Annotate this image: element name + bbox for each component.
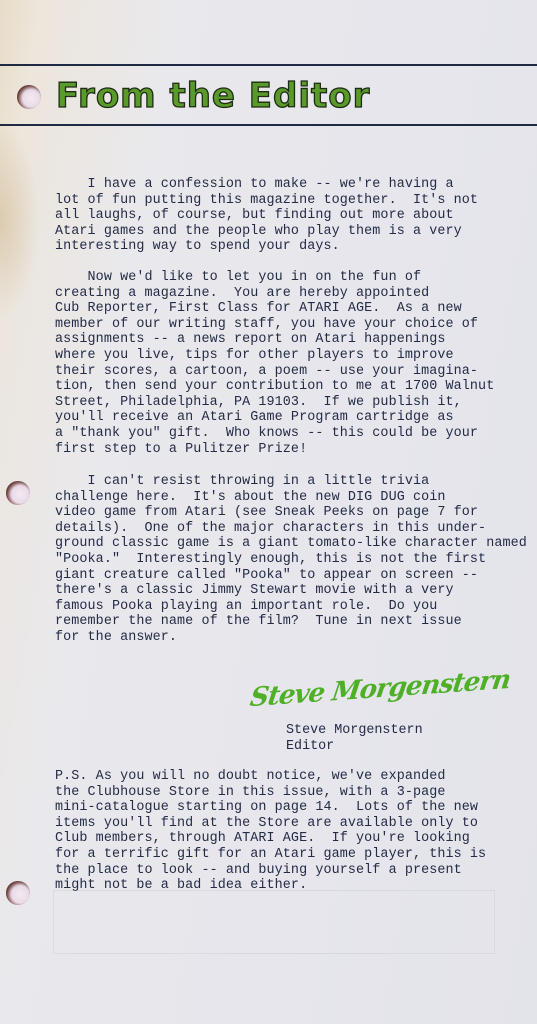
binder-hole-icon <box>6 481 30 505</box>
page-title: From the Editor <box>56 76 370 116</box>
binder-hole-icon <box>17 85 41 109</box>
header-rule-top <box>0 64 537 66</box>
show-through-box <box>53 890 495 954</box>
signer-title: Editor <box>286 739 334 754</box>
paper-stain <box>0 120 40 320</box>
letter-paragraph-1: I have a confession to make -- we're hav… <box>55 177 478 255</box>
postscript: P.S. As you will no doubt notice, we've … <box>55 769 486 894</box>
signer-name: Steve Morgenstern <box>286 723 423 738</box>
binder-hole-icon <box>6 881 30 905</box>
handwritten-signature: Steve Morgenstern <box>248 665 512 714</box>
header-rule-bottom <box>0 124 537 126</box>
letter-paragraph-2: Now we'd like to let you in on the fun o… <box>55 270 494 457</box>
letter-paragraph-3: I can't resist throwing in a little triv… <box>55 474 527 646</box>
